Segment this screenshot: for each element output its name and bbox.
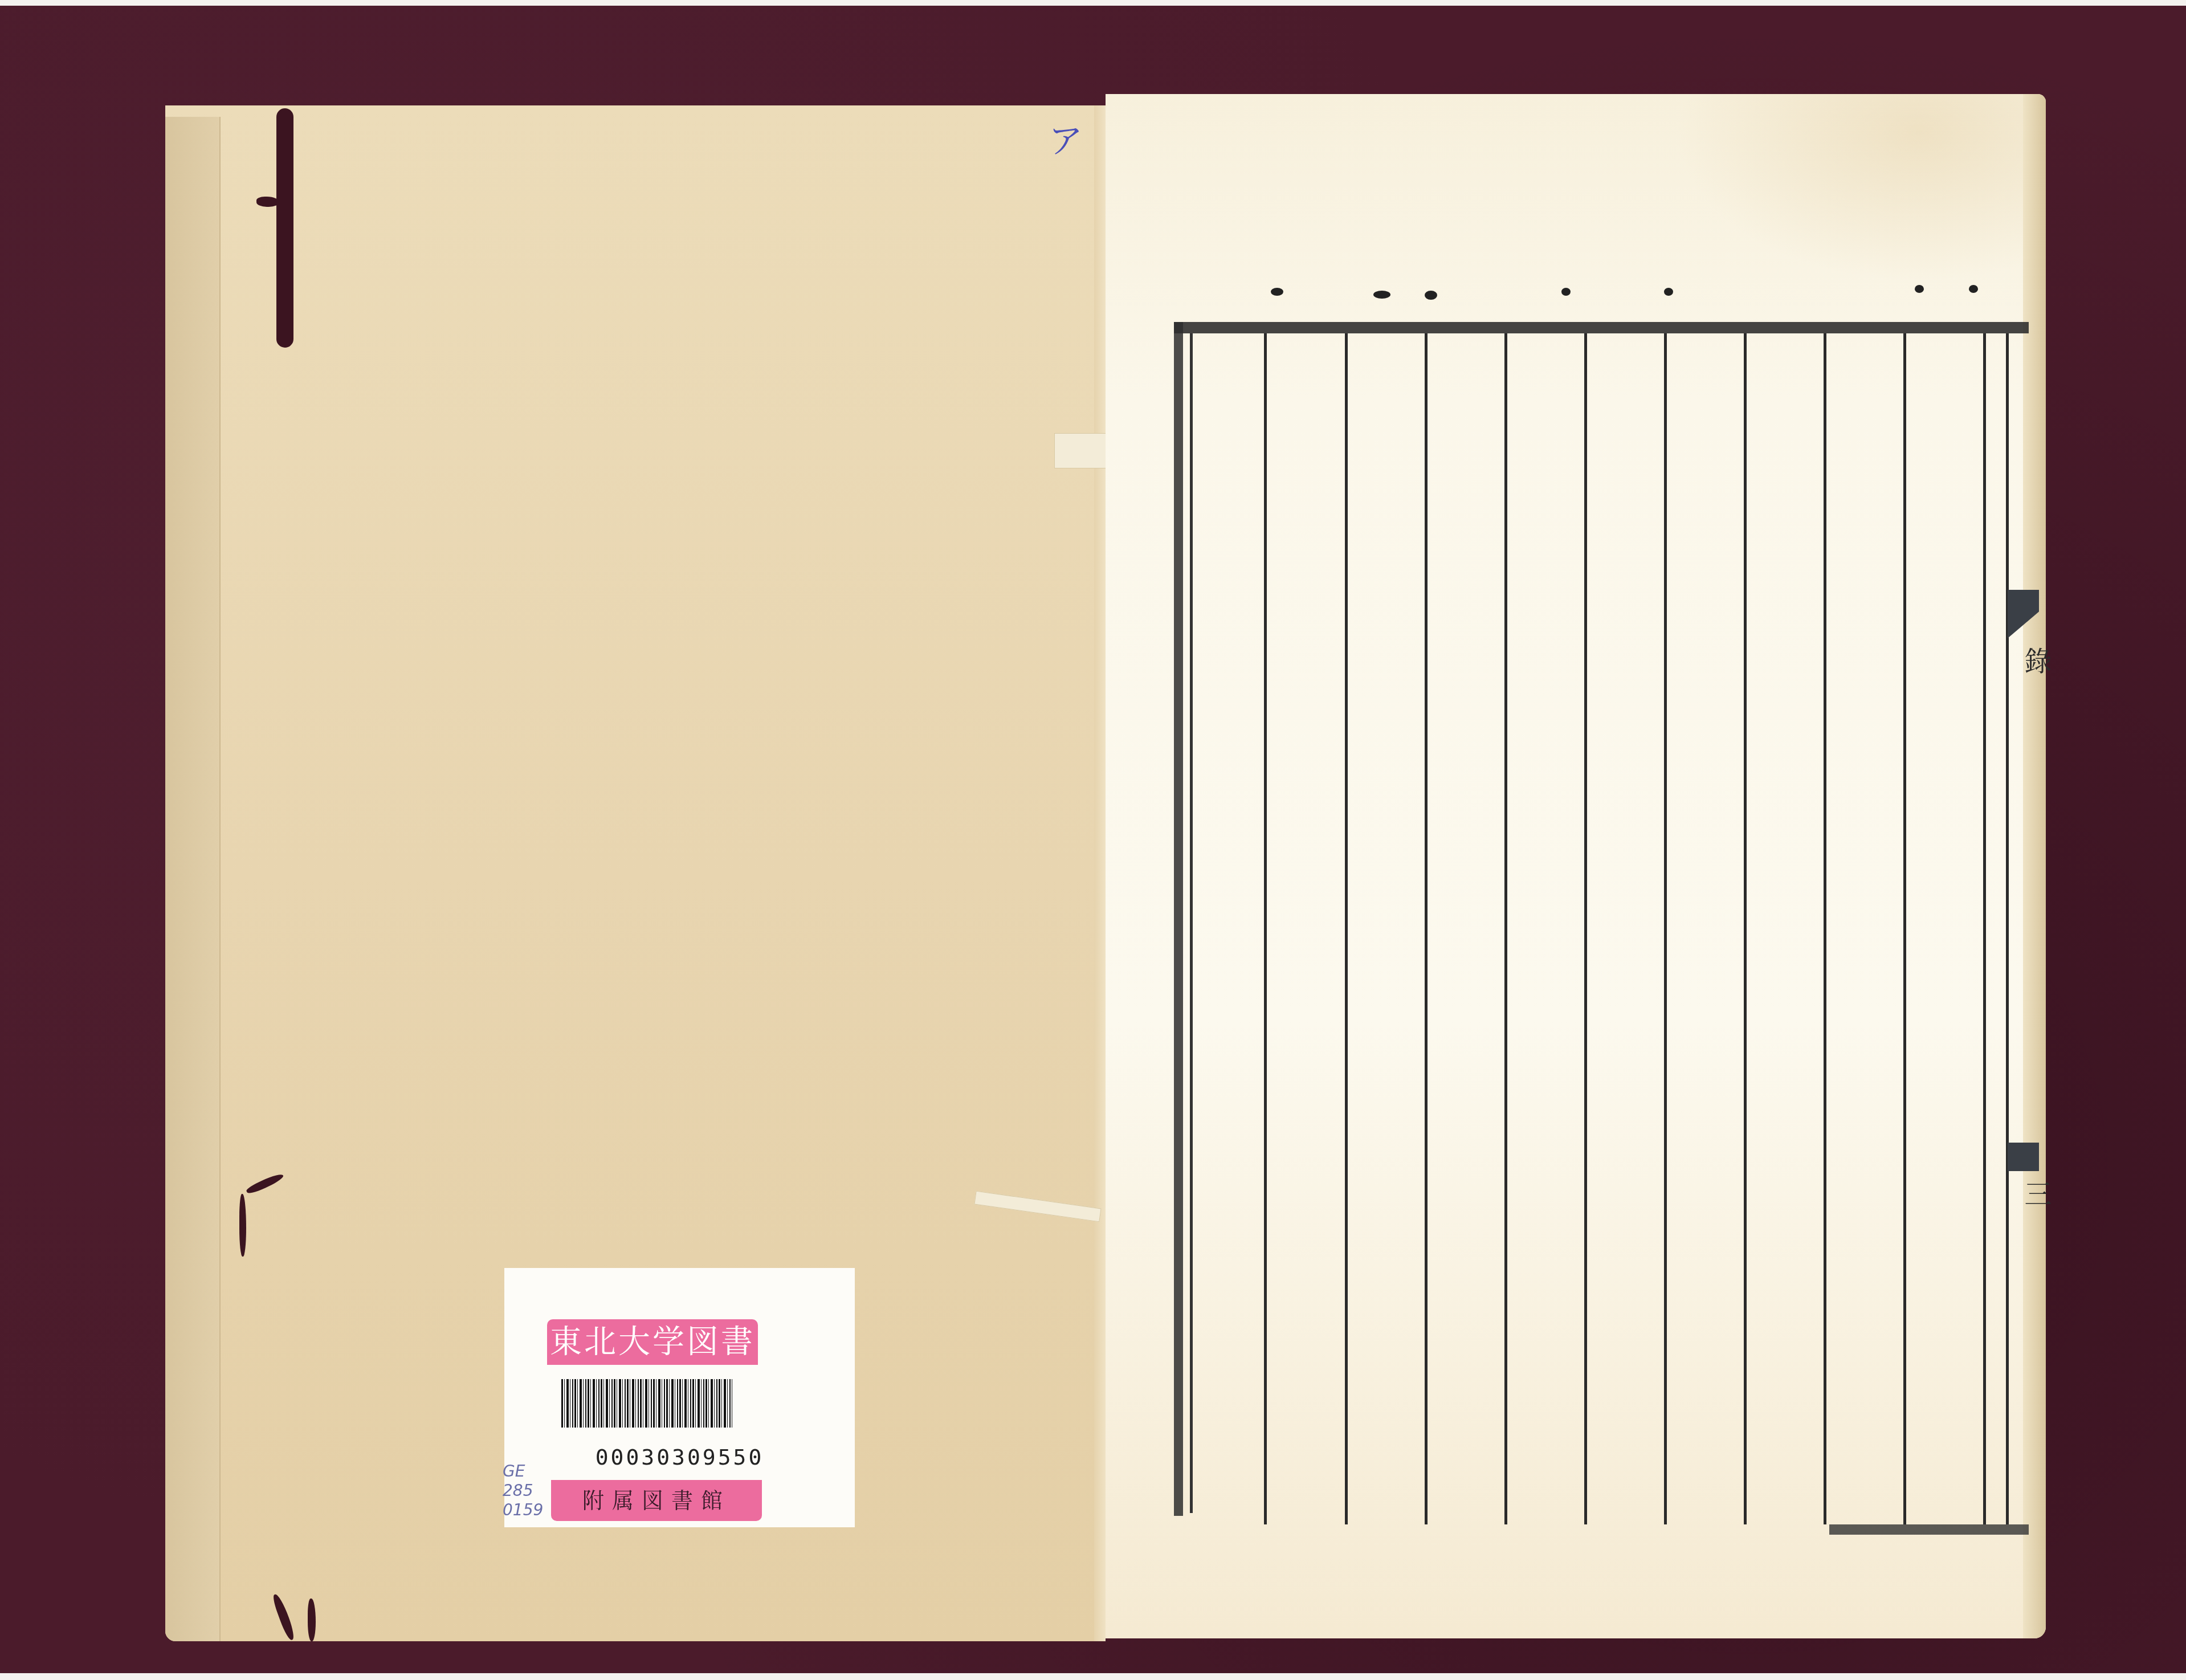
fold-margin-column [2006, 333, 2043, 1524]
column-line [1983, 333, 1986, 1524]
fish-tail-bottom-mark [2008, 1143, 2039, 1171]
ink-speck [1969, 285, 1978, 293]
call-number-line2: 285 [503, 1481, 548, 1500]
tear-bottom-2 [308, 1599, 316, 1641]
column-line [1264, 333, 1267, 1524]
ink-speck [1561, 288, 1571, 296]
ink-speck [1373, 291, 1390, 299]
column-line [1744, 333, 1747, 1524]
left-page-spine [165, 117, 221, 1641]
barcode-number: 00030309550 [504, 1445, 855, 1470]
tear-top-branch [256, 197, 279, 207]
printed-frame: 錄 三 [1174, 322, 2029, 1536]
center-fold-left [1094, 105, 1106, 1641]
ink-speck [1425, 291, 1437, 300]
frame-top-border [1174, 322, 2029, 333]
frame-left-border [1174, 322, 1183, 1516]
water-stain [1675, 94, 2023, 282]
paper-strip-bottom [974, 1191, 1101, 1222]
tear-bottom [271, 1593, 296, 1641]
ink-speck [1271, 288, 1283, 296]
tear-top [276, 108, 293, 348]
label-header: 東北大学図書 [547, 1319, 758, 1365]
label-footer: 附属図書館 [551, 1480, 762, 1521]
column-line [1903, 333, 1906, 1524]
ink-speck [1915, 285, 1924, 293]
column-line [1664, 333, 1667, 1524]
scan-edge-bottom [0, 1673, 2186, 1680]
call-number-line3: 0159 [503, 1500, 548, 1520]
column-line [1345, 333, 1348, 1524]
call-number: GE 285 0159 [503, 1462, 548, 1520]
call-number-line1: GE [503, 1462, 548, 1481]
scan-edge-top [0, 0, 2186, 6]
column-line [1824, 333, 1826, 1524]
ink-speck [1664, 288, 1673, 296]
column-line [1584, 333, 1587, 1524]
wormhole-lower-2 [239, 1194, 246, 1257]
margin-text-top: 錄 [2016, 647, 2056, 674]
frame-left-inner-line [1190, 333, 1193, 1513]
barcode [561, 1379, 732, 1428]
library-label: 東北大学図書 00030309550 附属図書館 [504, 1268, 855, 1527]
wormhole-lower [245, 1172, 284, 1196]
margin-text-bottom: 三 [2016, 1180, 2056, 1207]
frame-bottom-border [1829, 1524, 2029, 1535]
handwritten-mark: ア [1049, 114, 1083, 163]
column-line [1504, 333, 1507, 1524]
column-line [1425, 333, 1428, 1524]
